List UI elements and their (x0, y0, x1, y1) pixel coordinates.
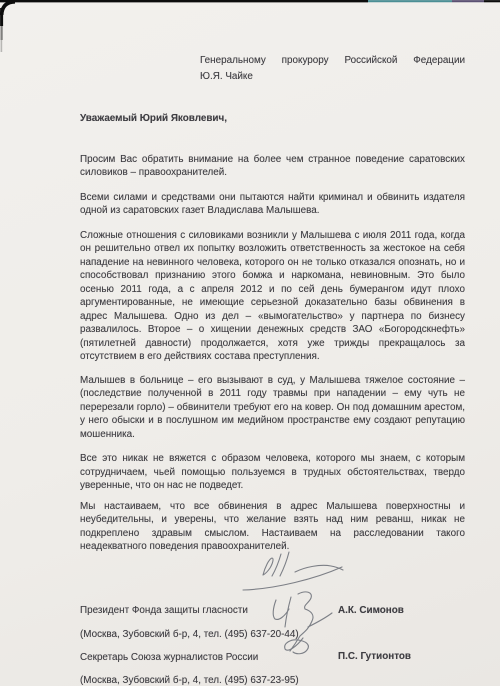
signer-1-title: Президент Фонда защиты гласности (80, 604, 465, 618)
signature-block: Президент Фонда защиты гласности (Москва… (80, 604, 465, 686)
scanned-letter-page: Генеральному прокурору Российской Федера… (0, 0, 500, 686)
paragraph-6: Мы настаиваем, что все обвинения в адрес… (80, 500, 465, 554)
scan-corner-top-left (1, 2, 15, 52)
letter-content: Генеральному прокурору Российской Федера… (80, 0, 465, 686)
recipient-block: Генеральному прокурору Российской Федера… (200, 53, 465, 84)
paragraph-5: Все это никак не вяжется с образом челов… (80, 452, 465, 493)
paragraph-3: Сложные отношения с силовиками возникли … (80, 229, 465, 364)
recipient-line-1: Генеральному прокурору Российской Федера… (200, 53, 465, 69)
signer-1-name: А.К. Симонов (338, 604, 404, 618)
signer-2-address: (Москва, Зубовский б-р, 4, тел. (495) 63… (80, 674, 465, 686)
signer-2-name: П.С. Гутионтов (338, 650, 411, 664)
paragraph-1: Просим Вас обратить внимание на более че… (80, 153, 465, 180)
recipient-line-2: Ю.Я. Чайке (200, 69, 465, 85)
paragraph-4: Малышев в больнице – его вызывают в суд,… (80, 374, 465, 442)
salutation: Уважаемый Юрий Яковлевич, (80, 112, 465, 126)
paragraph-2: Всеми силами и средствами они пытаются н… (80, 191, 465, 218)
signer-1-address: (Москва, Зубовский б-р, 4, тел. (495) 63… (80, 628, 465, 642)
